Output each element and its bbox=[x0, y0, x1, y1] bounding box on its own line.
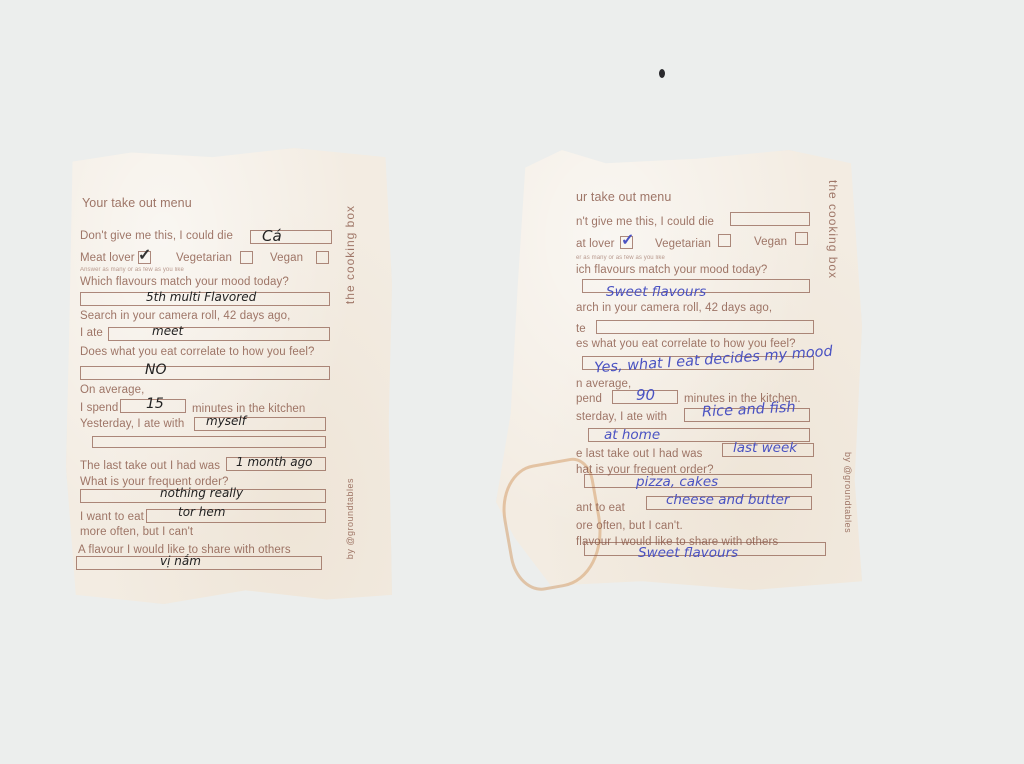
label-ate: te bbox=[576, 323, 586, 335]
side-brand: the cooking box bbox=[826, 180, 840, 279]
answer-yesterday: myself bbox=[206, 414, 246, 428]
answer-correlate: NO bbox=[145, 362, 167, 378]
answer-last-takeout: last week bbox=[733, 440, 797, 456]
answer-spend: 15 bbox=[146, 396, 164, 412]
answer-share: Sweet flavours bbox=[638, 545, 738, 561]
answer-want: cheese and butter bbox=[666, 492, 789, 508]
label-average: On average, bbox=[80, 384, 144, 396]
question-camera: Search in your camera roll, 42 days ago, bbox=[80, 310, 290, 322]
answer-box-ate[interactable] bbox=[596, 320, 814, 334]
side-credit: by @groundtables bbox=[843, 452, 853, 533]
question-flavours: Which flavours match your mood today? bbox=[80, 276, 289, 288]
question-last-takeout: e last take out I had was bbox=[576, 448, 703, 460]
question-dislike: Don't give me this, I could die bbox=[80, 230, 233, 242]
note-small: er as many or as few as you like bbox=[576, 255, 665, 261]
answer-box-yesterday-2[interactable] bbox=[92, 436, 326, 448]
label-more-often: ore often, but I can't. bbox=[576, 520, 683, 532]
checkbox-vegetarian[interactable] bbox=[240, 251, 253, 264]
question-want: I want to eat bbox=[80, 511, 144, 523]
answer-box-dislike[interactable] bbox=[730, 212, 810, 226]
answer-frequent: nothing really bbox=[160, 486, 243, 500]
answer-share: vị nắm bbox=[160, 554, 201, 568]
question-last-takeout: The last take out I had was bbox=[80, 460, 220, 472]
question-want: ant to eat bbox=[576, 502, 625, 514]
answer-box-ate[interactable] bbox=[108, 327, 330, 341]
answer-last-takeout: 1 month ago bbox=[236, 455, 313, 469]
question-yesterday: Yesterday, I ate with bbox=[80, 418, 184, 430]
check-mark-icon: ✓ bbox=[138, 245, 151, 265]
question-flavours: ich flavours match your mood today? bbox=[576, 264, 767, 276]
answer-want: tor hem bbox=[178, 505, 225, 519]
checkbox-vegan[interactable] bbox=[795, 232, 808, 245]
option-vegetarian: Vegetarian bbox=[655, 238, 711, 250]
answer-ate: meet bbox=[152, 324, 183, 338]
answer-frequent: pizza, cakes bbox=[636, 474, 718, 490]
answer-flavours: 5th multi Flavored bbox=[146, 290, 256, 304]
answer-flavours: Sweet flavours bbox=[606, 284, 706, 300]
side-brand: the cooking box bbox=[343, 205, 357, 304]
option-meat-lover: Meat lover bbox=[80, 252, 135, 264]
option-meat-lover: at lover bbox=[576, 238, 615, 250]
checkbox-vegan[interactable] bbox=[316, 251, 329, 264]
question-yesterday: sterday, I ate with bbox=[576, 411, 667, 423]
form-title: ur take out menu bbox=[576, 190, 671, 204]
ink-speck bbox=[659, 69, 665, 78]
answer-box-want[interactable] bbox=[146, 509, 326, 523]
label-ate: I ate bbox=[80, 327, 103, 339]
checkbox-vegetarian[interactable] bbox=[718, 234, 731, 247]
option-vegetarian: Vegetarian bbox=[176, 252, 232, 264]
answer-dislike: Cá bbox=[262, 227, 282, 245]
label-spend: pend bbox=[576, 393, 602, 405]
answer-box-correlate[interactable] bbox=[80, 366, 330, 380]
answer-spend: 90 bbox=[636, 386, 655, 404]
question-dislike: n't give me this, I could die bbox=[576, 216, 714, 228]
form-title: Your take out menu bbox=[82, 196, 192, 210]
side-credit: by @groundtables bbox=[345, 478, 355, 559]
label-more-often: more often, but I can't bbox=[80, 526, 193, 538]
question-camera: arch in your camera roll, 42 days ago, bbox=[576, 302, 772, 314]
label-average: n average, bbox=[576, 378, 631, 390]
label-spend: I spend bbox=[80, 402, 118, 414]
answer-yesterday-2: at home bbox=[604, 427, 660, 443]
option-vegan: Vegan bbox=[754, 236, 787, 248]
question-correlate: Does what you eat correlate to how you f… bbox=[80, 346, 315, 358]
note-small: Answer as many or as few as you like bbox=[80, 267, 184, 273]
option-vegan: Vegan bbox=[270, 252, 303, 264]
check-mark-icon: ✓ bbox=[621, 230, 634, 250]
